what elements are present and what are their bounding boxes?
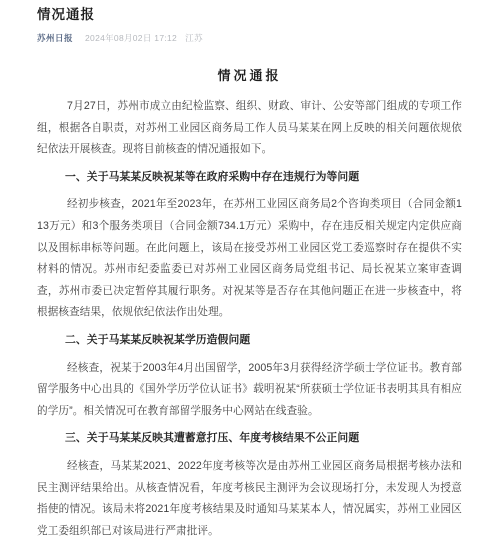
publisher-name[interactable]: 苏州日报 <box>37 32 73 45</box>
section-heading: 二、关于马某某反映祝某学历造假问题 <box>37 330 462 352</box>
article-heading: 情况通报 <box>37 65 462 86</box>
publish-datetime: 2024年08月02日 17:12 <box>85 32 177 45</box>
section-heading: 三、关于马某某反映其遭蓄意打压、年度考核结果不公正问题 <box>37 428 462 450</box>
section-heading: 一、关于马某某反映祝某等在政府采购中存在违规行为等问题 <box>37 167 462 189</box>
page-title: 情况通报 <box>37 6 462 24</box>
article-paragraph: 经初步核查，2021年至2023年，在苏州工业园区商务局2个咨询类项目（合同金额… <box>37 194 462 324</box>
article-paragraph: 经核查，祝某于2003年4月出国留学，2005年3月获得经济学硕士学位证书。教育… <box>37 358 462 423</box>
article-body: 7月27日，苏州市成立由纪检监察、组织、财政、审计、公安等部门组成的专项工作组，… <box>37 96 462 542</box>
article-meta: 苏州日报 2024年08月02日 17:12 江苏 <box>37 32 462 45</box>
publish-location: 江苏 <box>185 32 203 45</box>
article-paragraph: 经核查，马某某2021、2022年度考核等次是由苏州工业园区商务局根据考核办法和… <box>37 456 462 542</box>
article-page: 情况通报 苏州日报 2024年08月02日 17:12 江苏 情况通报 7月27… <box>0 0 499 549</box>
article-paragraph: 7月27日，苏州市成立由纪检监察、组织、财政、审计、公安等部门组成的专项工作组，… <box>37 96 462 161</box>
